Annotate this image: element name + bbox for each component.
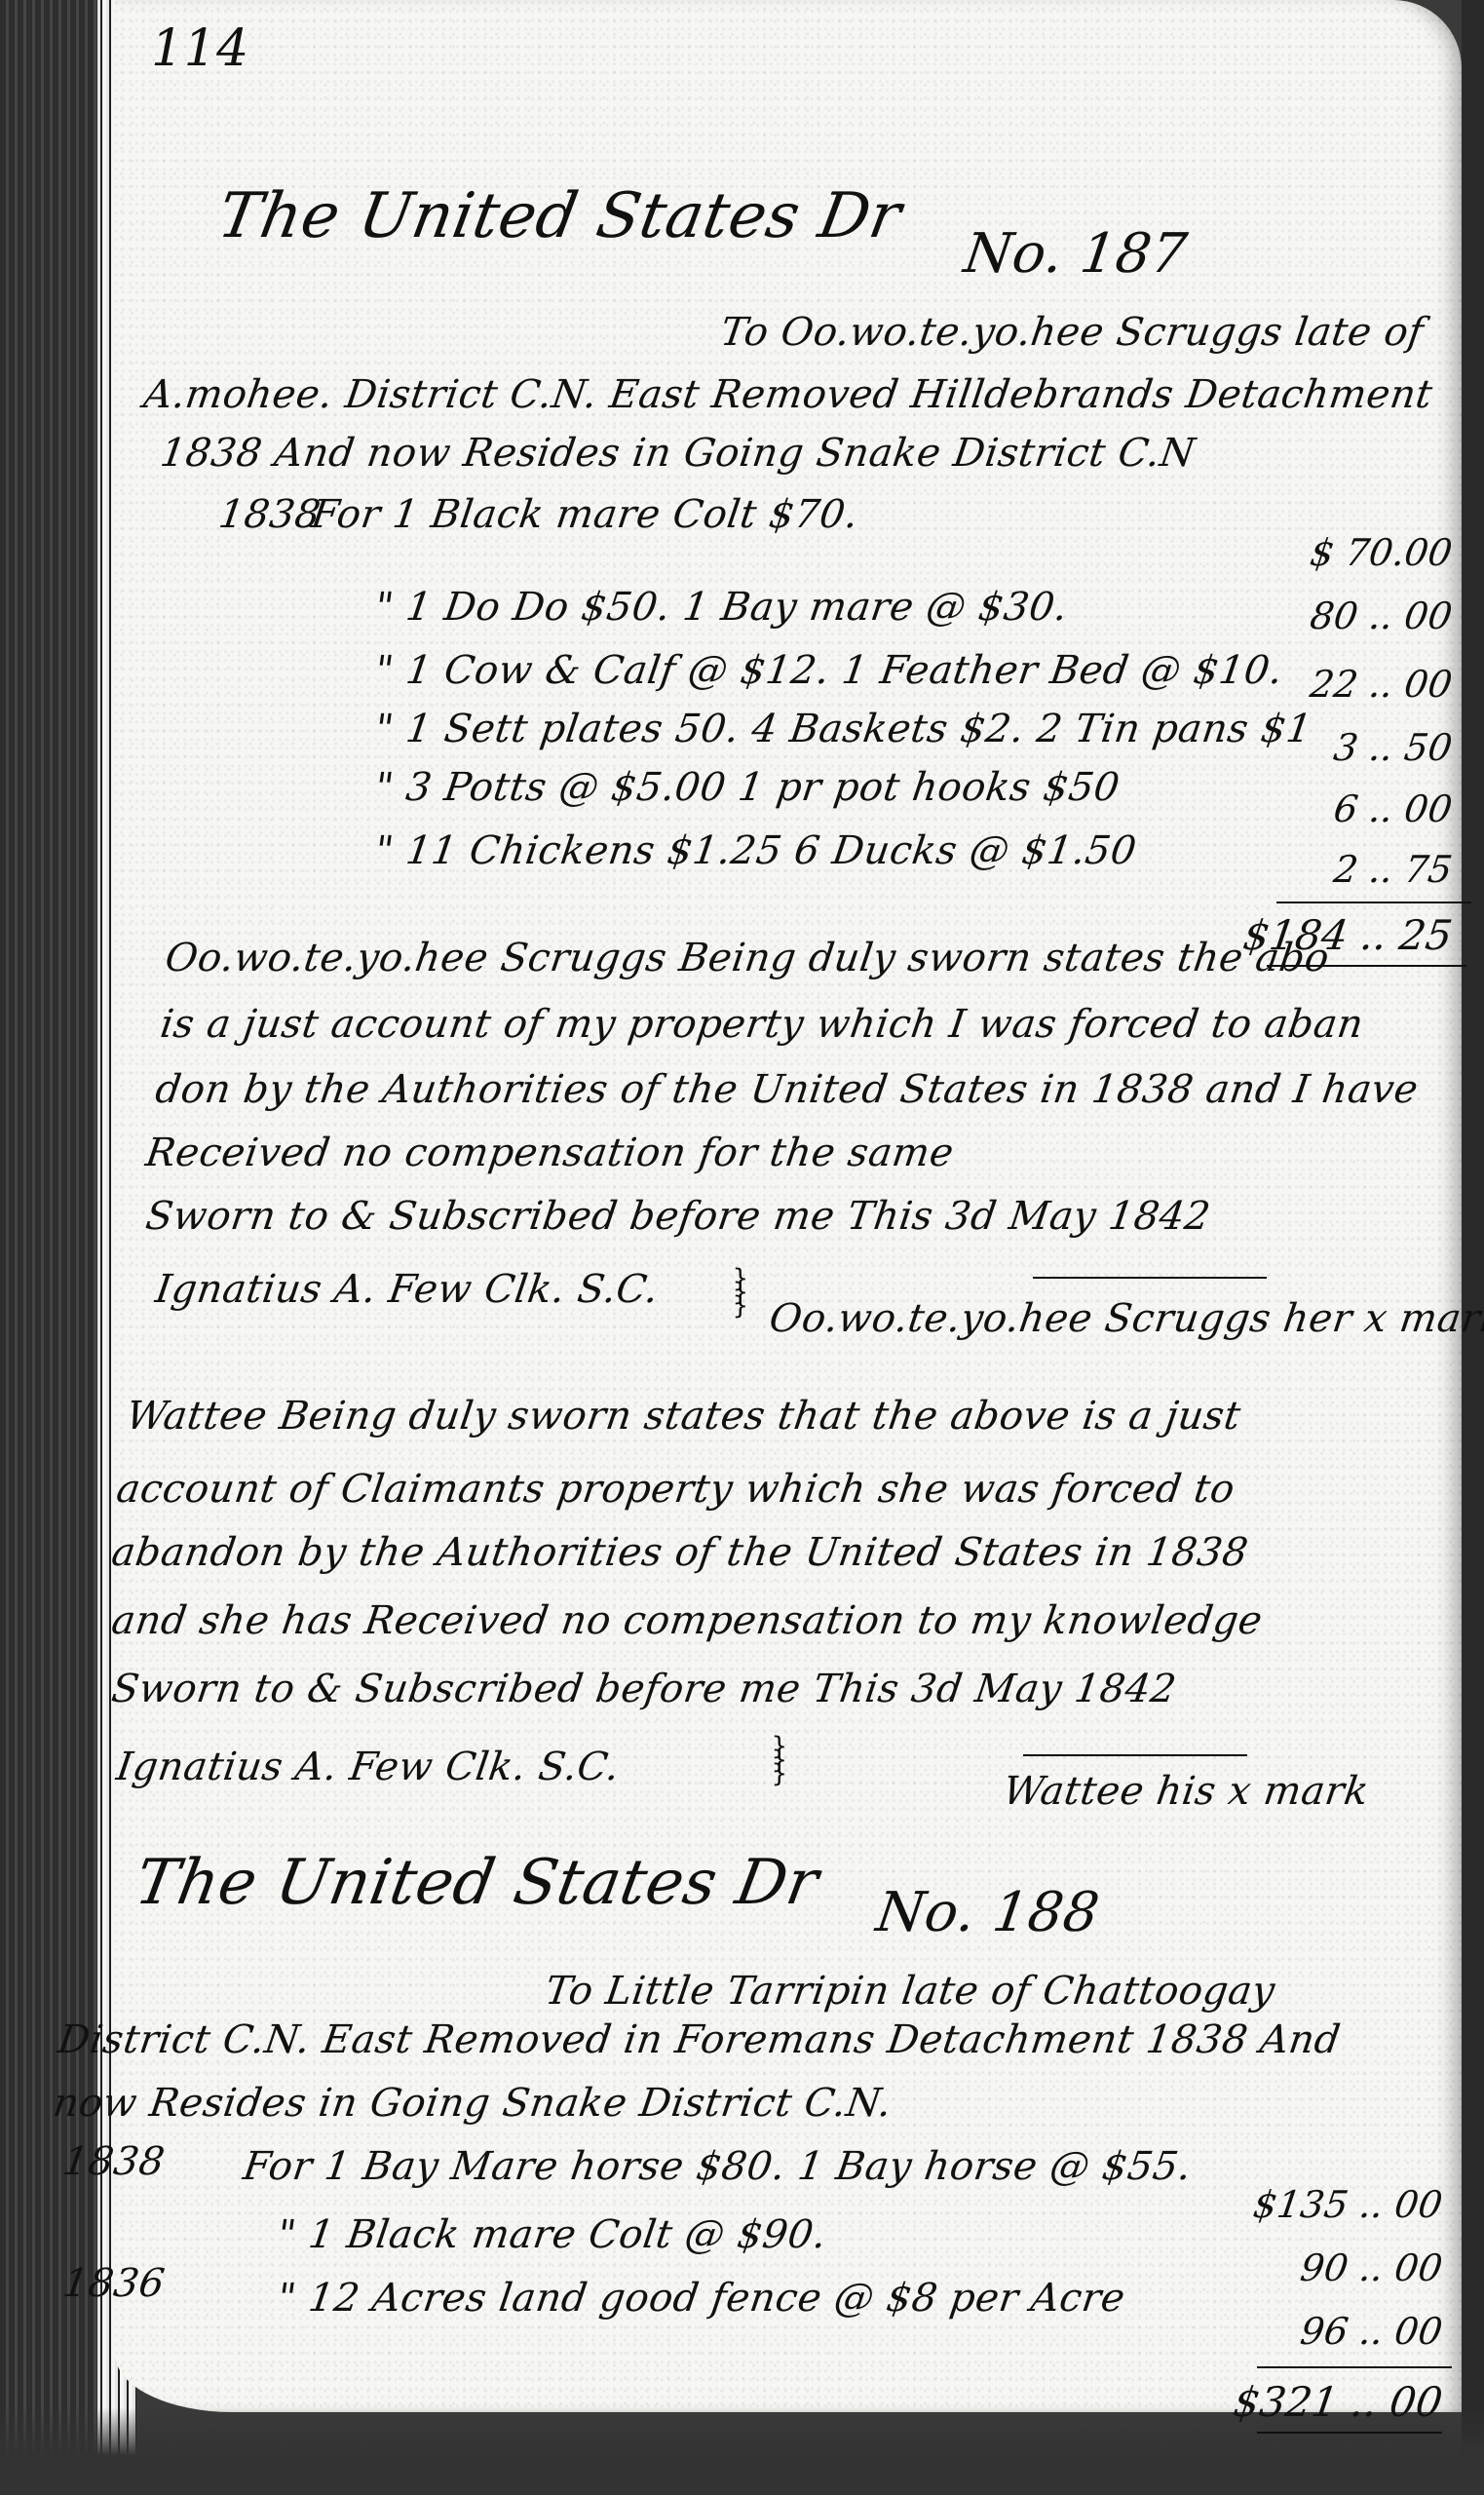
witness-line-2: account of Claimants property which she … bbox=[114, 1467, 1237, 1512]
entry-187-clerk-signature: Ignatius A. Few Clk. S.C. bbox=[153, 1267, 662, 1312]
page-number: 114 bbox=[151, 19, 249, 78]
entry-187-item-5-desc: " 3 Potts @ $5.00 1 pr pot hooks $50 bbox=[372, 765, 1123, 810]
entry-188-origin-line-2: now Resides in Going Snake District C.N. bbox=[51, 2081, 894, 2126]
entry-187-item-5-amount: 6 .. 00 bbox=[1254, 787, 1455, 830]
entry-187-item-1-year: 1838 bbox=[216, 492, 323, 537]
entry-187-claimant-signature: Oo.wo.te.yo.hee Scruggs her x mark bbox=[767, 1296, 1484, 1341]
witness-date-underline bbox=[1023, 1754, 1247, 1756]
entry-188-item-3-year: 1836 bbox=[60, 2261, 168, 2306]
entry-187-affidavit-line-4: Received no compensation for the same bbox=[143, 1131, 957, 1175]
entry-187-origin-line-1: A.mohee. District C.N. East Removed Hill… bbox=[141, 372, 1435, 417]
entry-188-item-3-desc: " 12 Acres land good fence @ $8 per Acre bbox=[275, 2276, 1128, 2321]
witness-line-1: Wattee Being duly sworn states that the … bbox=[124, 1394, 1244, 1439]
entry-187-item-3-amount: 22 .. 00 bbox=[1254, 663, 1455, 706]
entry-187-item-2-desc: " 1 Do Do $50. 1 Bay mare @ $30. bbox=[372, 585, 1071, 630]
entry-188-number: No. 188 bbox=[872, 1881, 1103, 1944]
entry-187-heading: The United States Dr bbox=[212, 180, 906, 252]
witness-signature: Wattee his x mark bbox=[1001, 1769, 1372, 1814]
entry-187-item-4-amount: 3 .. 50 bbox=[1254, 726, 1455, 769]
entry-187-item-4-desc: " 1 Sett plates 50. 4 Baskets $2. 2 Tin … bbox=[372, 707, 1315, 751]
entry-188-heading: The United States Dr bbox=[130, 1847, 823, 1919]
entry-188-origin-line-1: District C.N. East Removed in Foremans D… bbox=[56, 2017, 1344, 2062]
date-underline bbox=[1033, 1277, 1267, 1279]
entry-187-affidavit-line-3: don by the Authorities of the United Sta… bbox=[153, 1067, 1422, 1112]
witness-line-4: and she has Received no compensation to … bbox=[109, 1598, 1266, 1643]
entry-188-item-3-amount: 96 .. 00 bbox=[1205, 2310, 1445, 2353]
entry-187-item-6-amount: 2 .. 75 bbox=[1254, 848, 1455, 891]
witness-sworn-line: Sworn to & Subscribed before me This 3d … bbox=[109, 1667, 1179, 1711]
entry-187-number: No. 187 bbox=[960, 222, 1191, 286]
entry-188-total: $321 .. 00 bbox=[1205, 2378, 1446, 2426]
entry-188-claimant: To Little Tarripin late of Chattoogay bbox=[543, 1969, 1278, 2014]
entry-187-sworn-line: Sworn to & Subscribed before me This 3d … bbox=[143, 1194, 1213, 1239]
entry-188-item-1-year: 1838 bbox=[60, 2139, 168, 2184]
right-page-edge bbox=[1462, 0, 1484, 2495]
entry-187-claimant: To Oo.wo.te.yo.hee Scruggs late of bbox=[718, 310, 1427, 355]
entry-188-item-2-desc: " 1 Black mare Colt @ $90. bbox=[275, 2212, 829, 2257]
entry-187-item-6-desc: " 11 Chickens $1.25 6 Ducks @ $1.50 bbox=[372, 828, 1140, 873]
entry-188-item-1-amount: $135 .. 00 bbox=[1205, 2183, 1445, 2226]
witness-line-3: abandon by the Authorities of the United… bbox=[109, 1530, 1251, 1575]
entry-187-item-2-amount: 80 .. 00 bbox=[1254, 595, 1455, 637]
entry-187-item-3-desc: " 1 Cow & Calf @ $12. 1 Feather Bed @ $1… bbox=[372, 648, 1286, 693]
entry-188-item-1-desc: For 1 Bay Mare horse $80. 1 Bay horse @ … bbox=[241, 2144, 1195, 2189]
witness-seal-brace: }}} bbox=[772, 1740, 785, 1781]
entry-187-sum-rule bbox=[1276, 902, 1471, 903]
seal-brace: }}} bbox=[733, 1272, 746, 1313]
entry-187-affidavit-line-1: Oo.wo.te.yo.hee Scruggs Being duly sworn… bbox=[163, 936, 1332, 980]
witness-clerk-signature: Ignatius A. Few Clk. S.C. bbox=[114, 1745, 623, 1789]
entry-188-total-underline bbox=[1257, 2432, 1442, 2434]
entry-187-origin-line-2: 1838 And now Resides in Going Snake Dist… bbox=[158, 431, 1199, 476]
entry-187-item-1-amount: $ 70.00 bbox=[1254, 531, 1455, 574]
entry-188-item-2-amount: 90 .. 00 bbox=[1205, 2246, 1445, 2289]
entry-187-item-1-desc: For 1 Black mare Colt $70. bbox=[309, 492, 861, 537]
entry-188-sum-rule bbox=[1257, 2366, 1452, 2368]
entry-187-affidavit-line-2: is a just account of my property which I… bbox=[158, 1002, 1366, 1047]
